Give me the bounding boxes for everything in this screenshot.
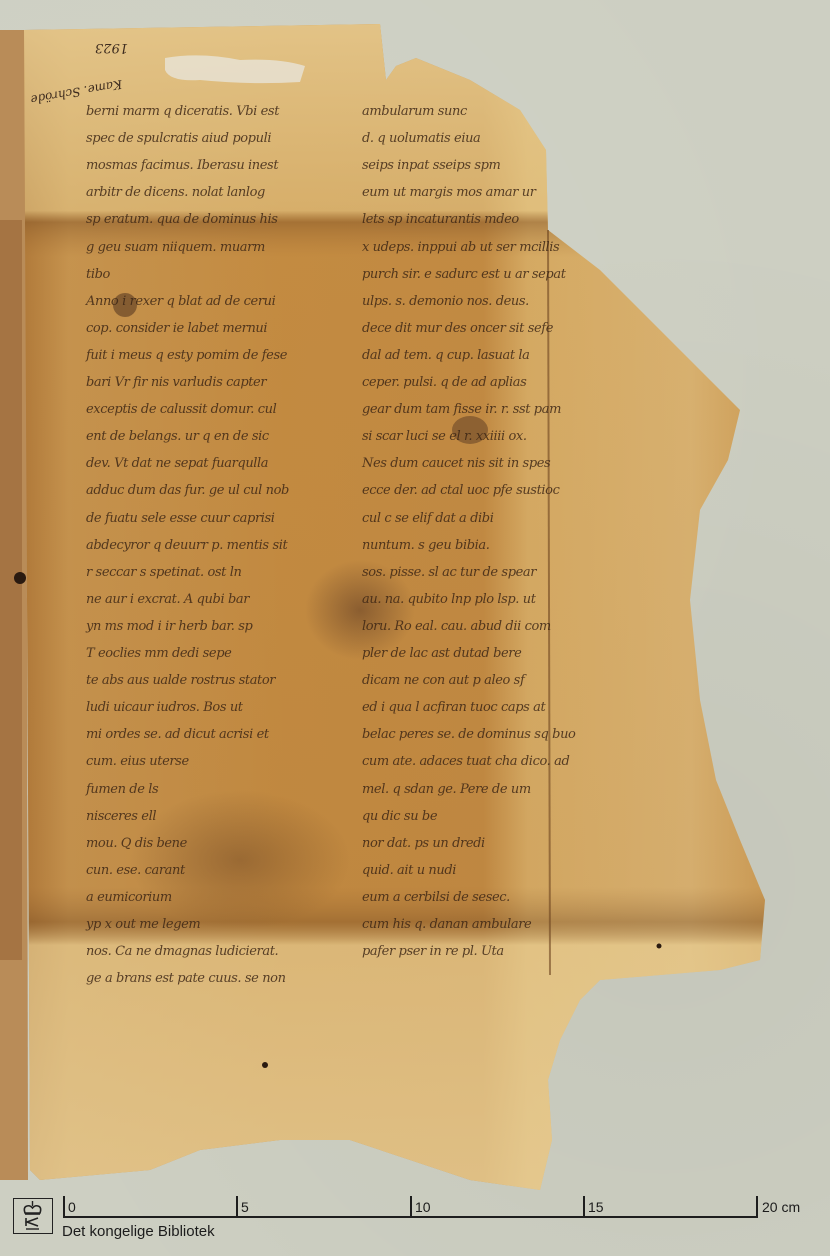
manuscript-line: nor dat. ps un dredi	[362, 836, 485, 851]
scale-label-10: 10	[415, 1199, 431, 1215]
manuscript-line: Nes dum caucet nis sit in spes	[362, 456, 550, 471]
manuscript-line: Anno i rexer q blat ad de cerui	[86, 294, 275, 309]
manuscript-line: cum. eius uterse	[86, 754, 189, 769]
manuscript-line: mou. Q dis bene	[86, 836, 187, 851]
manuscript-line: dev. Vt dat ne sepat fuarqulla	[86, 456, 268, 471]
manuscript-line: fumen de ls	[86, 782, 158, 797]
manuscript-line: seips inpat sseips spm	[362, 158, 500, 173]
manuscript-line: dicam ne con aut p aleo sf	[362, 673, 524, 688]
manuscript-line: ulps. s. demonio nos. deus.	[362, 294, 529, 309]
manuscript-line: adduc dum das fur. ge ul cul nob	[86, 483, 289, 498]
manuscript-line: yn ms mod i ir herb bar. sp	[86, 619, 252, 634]
manuscript-line: te abs aus ualde rostrus stator	[86, 673, 275, 688]
manuscript-line: ent de belangs. ur q en de sic	[86, 429, 269, 444]
manuscript-line: cum ate. adaces tuat cha dico. ad	[362, 754, 569, 769]
scale-tick	[756, 1196, 758, 1218]
manuscript-line: tibo	[86, 267, 110, 282]
manuscript-line: qu dic su be	[362, 809, 437, 824]
manuscript-line: ge a brans est pate cuus. se non	[86, 971, 286, 986]
manuscript-line: dal ad tem. q cup. lasuat la	[362, 348, 530, 363]
manuscript-line: r seccar s spetinat. ost ln	[86, 565, 241, 580]
manuscript-line: cum his q. danan ambulare	[362, 917, 531, 932]
crown-k-logo-icon	[13, 1198, 53, 1234]
scale-tick	[410, 1196, 412, 1218]
manuscript-line: ed i qua l acfiran tuoc caps at	[362, 700, 545, 715]
manuscript-line: pler de lac ast dutad bere	[362, 646, 521, 661]
manuscript-line: x udeps. inppui ab ut ser mcillis	[362, 240, 559, 255]
manuscript-line: cul c se elif dat a dibi	[362, 511, 493, 526]
manuscript-line: belac peres se. de dominus sq buo	[362, 727, 575, 742]
manuscript-line: nos. Ca ne dmagnas ludicierat.	[86, 944, 278, 959]
scale-label-20cm: 20 cm	[762, 1199, 800, 1215]
manuscript-line: spec de spulcratis aiud populi	[86, 131, 271, 146]
manuscript-line: berni marm q diceratis. Vbi est	[86, 104, 279, 119]
manuscript-line: loru. Ro eal. cau. abud dii com	[362, 619, 551, 634]
manuscript-line: quid. ait u nudi	[362, 863, 456, 878]
manuscript-line: cop. consider ie labet mernui	[86, 321, 267, 336]
manuscript-line: arbitr de dicens. nolat lanlog	[86, 185, 265, 200]
scale-tick	[63, 1196, 65, 1218]
manuscript-line: pafer pser in re pl. Uta	[362, 944, 504, 959]
scale-label-15: 15	[588, 1199, 604, 1215]
scale-tick	[236, 1196, 238, 1218]
manuscript-line: mosmas facimus. Iberasu inest	[86, 158, 278, 173]
manuscript-line: ludi uicaur iudros. Bos ut	[86, 700, 243, 715]
manuscript-line: mi ordes se. ad dicut acrisi et	[86, 727, 269, 742]
manuscript-line: yp x out me legem	[86, 917, 200, 932]
manuscript-line: bari Vr fir nis varludis capter	[86, 375, 266, 390]
manuscript-line: de fuatu sele esse cuur caprisi	[86, 511, 275, 526]
manuscript-line: ambularum sunc	[362, 104, 467, 119]
scale-bar: 0 5 10 15 20 cm Det kongelige Bibliotek	[0, 1190, 830, 1256]
manuscript-line: sos. pisse. sl ac tur de spear	[362, 565, 536, 580]
manuscript-line: ecce der. ad ctal uoc pfe sustioc	[362, 483, 559, 498]
margin-note-year: 1923	[95, 40, 128, 55]
manuscript-line: eum ut margis mos amar ur	[362, 185, 536, 200]
manuscript-line: cun. ese. carant	[86, 863, 185, 878]
manuscript-line: lets sp incaturantis mdeo	[362, 212, 519, 227]
manuscript-line: a eumicorium	[86, 890, 172, 905]
manuscript-line: mel. q sdan ge. Pere de um	[362, 782, 531, 797]
manuscript-line: ceper. pulsi. q de ad aplias	[362, 375, 526, 390]
scale-label-0: 0	[68, 1199, 76, 1215]
manuscript-line: dece dit mur des oncer sit sefe	[362, 321, 553, 336]
manuscript-line: ne aur i excrat. A qubi bar	[86, 592, 249, 607]
manuscript-line: d. q uolumatis eiua	[362, 131, 480, 146]
manuscript-line: sp eratum. qua de dominus his	[86, 212, 277, 227]
scale-label-5: 5	[241, 1199, 249, 1215]
manuscript-line: nisceres ell	[86, 809, 156, 824]
manuscript-line: eum a cerbilsi de sesec.	[362, 890, 510, 905]
manuscript-line: abdecyror q deuurr p. mentis sit	[86, 538, 287, 553]
manuscript-line: au. na. qubito lnp plo lsp. ut	[362, 592, 536, 607]
manuscript-line: purch sir. e sadurc est u ar sepat	[362, 267, 566, 282]
manuscript-line: gear dum tam fisse ir. r. sst pam	[362, 402, 561, 417]
library-name: Det kongelige Bibliotek	[62, 1223, 215, 1240]
manuscript-line: T eoclies mm dedi sepe	[86, 646, 231, 661]
manuscript-line: fuit i meus q esty pomim de fese	[86, 348, 287, 363]
scale-tick	[583, 1196, 585, 1218]
manuscript-line: si scar luci se el r. xxiiii ox.	[362, 429, 527, 444]
manuscript-line: g geu suam niiquem. muarm	[86, 240, 265, 255]
manuscript-line: nuntum. s geu bibia.	[362, 538, 489, 553]
manuscript-line: exceptis de calussit domur. cul	[86, 402, 276, 417]
